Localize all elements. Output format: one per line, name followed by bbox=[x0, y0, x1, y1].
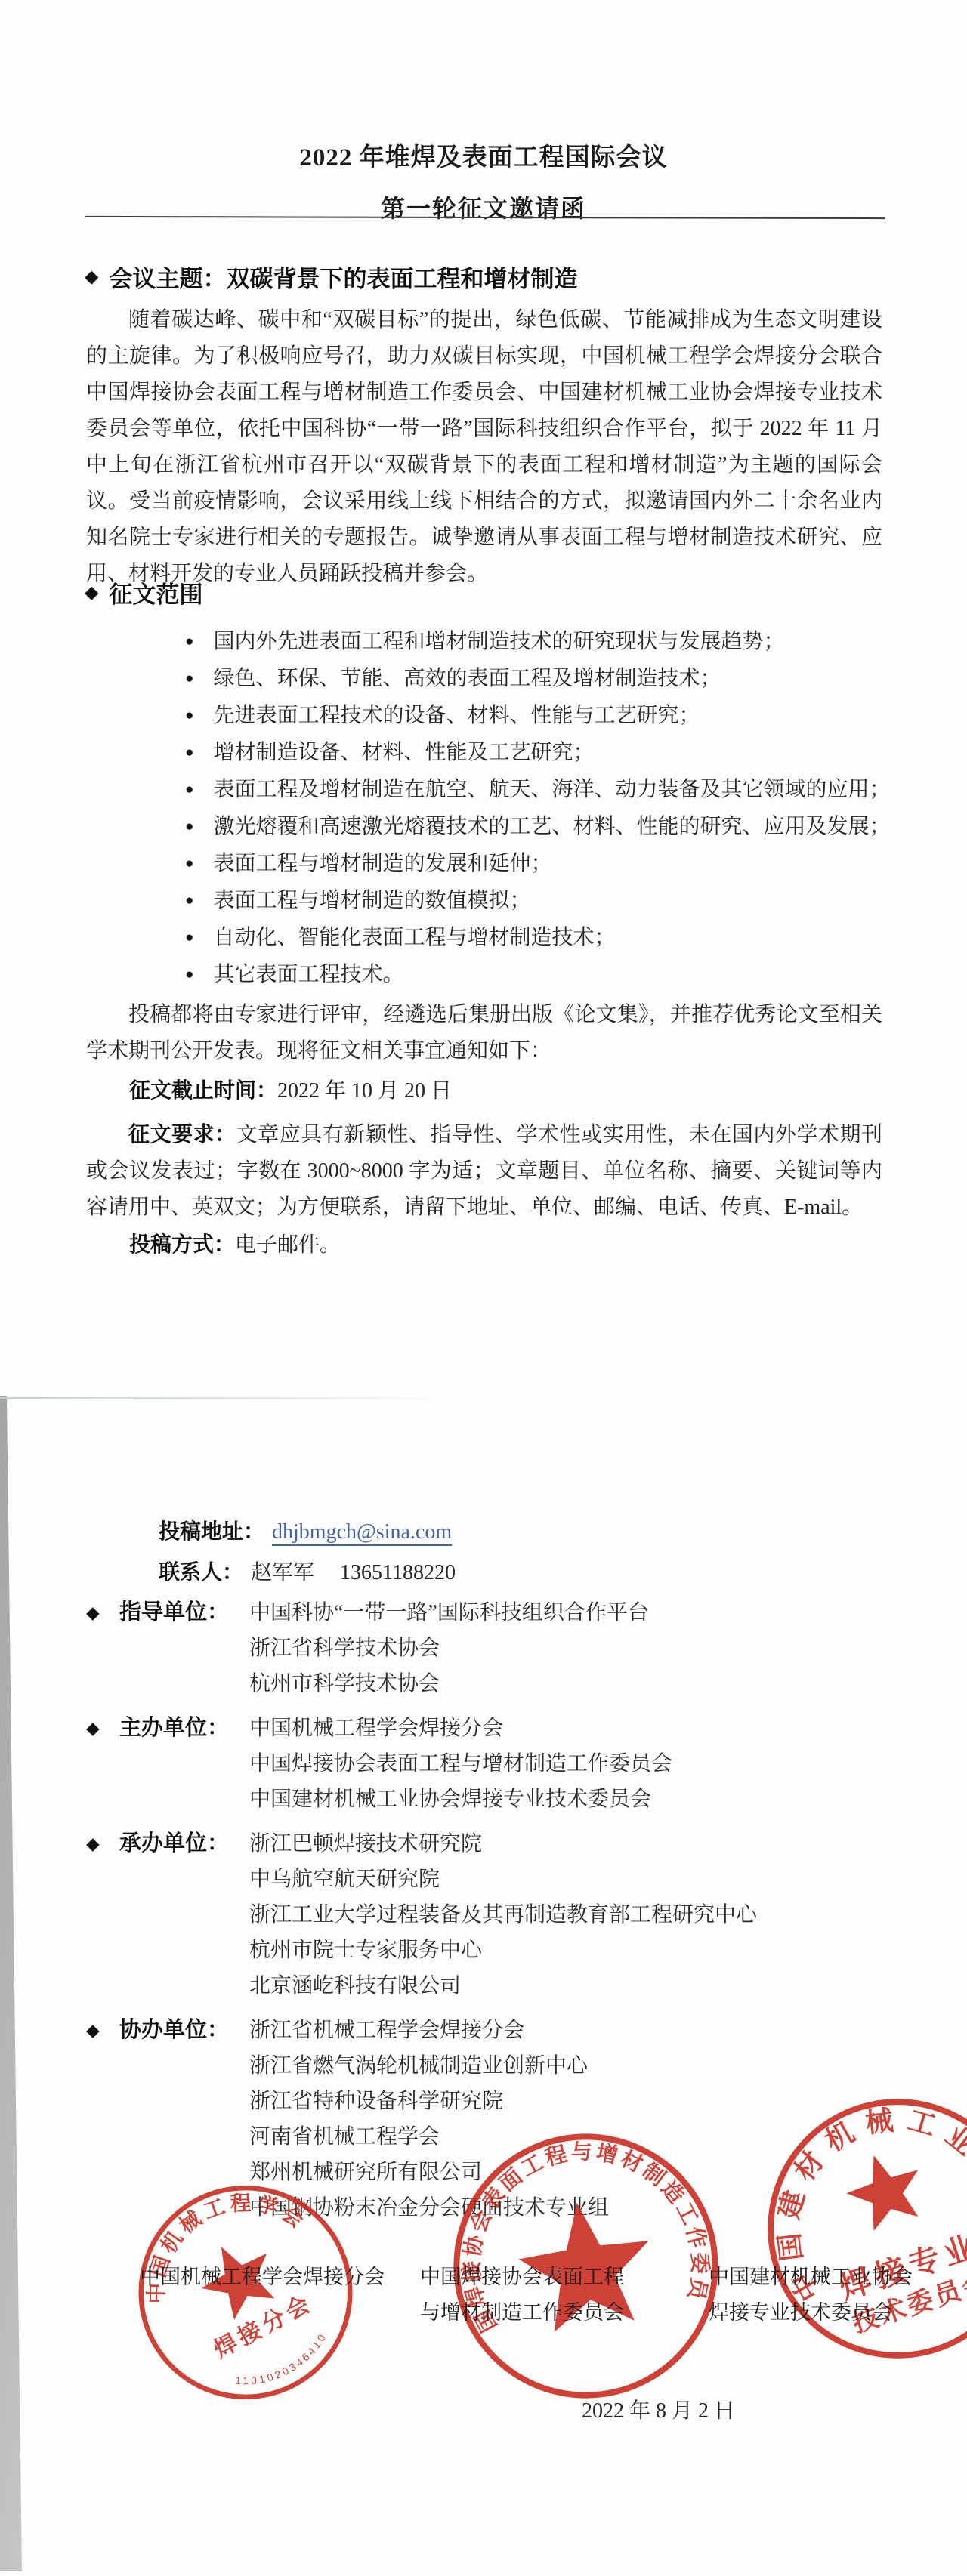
scan-edge-shadow bbox=[0, 1396, 26, 2571]
list-item-text: 其它表面工程技术。 bbox=[213, 964, 403, 986]
list-item: ●增材制造设备、材料、性能及工艺研究； bbox=[185, 742, 880, 764]
requirements-label: 征文要求： bbox=[128, 1122, 236, 1146]
unit-section-label: 指导单位： bbox=[119, 1595, 249, 1630]
signature-org-line: 中国建材机械工业协会 bbox=[709, 2260, 913, 2295]
bullet-icon: ● bbox=[185, 927, 193, 949]
list-item: ●表面工程及增材制造在航空、航天、海洋、动力装备及其它领域的应用； bbox=[185, 779, 880, 801]
list-item: ●表面工程与增材制造的数值模拟； bbox=[185, 890, 880, 912]
bullet-icon: ● bbox=[185, 816, 193, 838]
list-item: ●激光熔覆和高速激光熔覆技术的工艺、材料、性能的研究、应用及发展； bbox=[185, 816, 880, 838]
list-item-text: 表面工程与增材制造的数值模拟； bbox=[213, 890, 530, 912]
unit-name: 浙江巴顿焊接技术研究院 bbox=[249, 1826, 482, 1862]
deadline-value: 2022 年 10 月 20 日 bbox=[277, 1079, 452, 1103]
document-title: 2022 年堆焊及表面工程国际会议 bbox=[0, 137, 967, 173]
bullet-icon: ● bbox=[185, 668, 193, 690]
contact-line: 联系人：赵军军13651188220 bbox=[159, 1557, 839, 1588]
list-item-text: 自动化、智能化表面工程与增材制造技术； bbox=[213, 927, 615, 949]
list-item: ●绿色、环保、节能、高效的表面工程及增材制造技术； bbox=[185, 668, 880, 690]
deadline-label: 征文截止时间： bbox=[129, 1078, 277, 1102]
review-paragraph: 投稿都将由专家进行评审，经遴选后集册出版《论文集》，并推荐优秀论文至相关学术期刊… bbox=[86, 997, 882, 1069]
signature-org-line: 与增材制造工作委员会 bbox=[420, 2295, 624, 2331]
list-item: ●表面工程与增材制造的发展和延伸； bbox=[185, 853, 880, 875]
list-item: ●自动化、智能化表面工程与增材制造技术； bbox=[185, 927, 880, 949]
contact-phone: 13651188220 bbox=[340, 1561, 456, 1584]
list-item-text: 绿色、环保、节能、高效的表面工程及增材制造技术； bbox=[213, 668, 721, 690]
diamond-bullet-icon: ◆ bbox=[86, 2013, 119, 2048]
diamond-bullet-icon: ◆ bbox=[86, 1711, 119, 1746]
unit-name: 浙江省特种设备科学研究院 bbox=[249, 2084, 894, 2119]
section-scope: ◆ 征文范围 bbox=[85, 575, 885, 609]
bullet-icon: ● bbox=[185, 890, 193, 912]
submission-address-line: 投稿地址：dhjbmgch@sina.com bbox=[159, 1516, 839, 1547]
unit-name: 北京涵屹科技有限公司 bbox=[249, 1968, 894, 2004]
contact-label: 联系人： bbox=[159, 1560, 243, 1584]
stamp-inner-text: 焊接分会 bbox=[209, 2290, 317, 2364]
signature-org: 中国机械工程学会焊接分会 bbox=[140, 2260, 385, 2295]
unit-name: 杭州市院士专家服务中心 bbox=[249, 1933, 894, 1968]
diamond-bullet-icon: ◆ bbox=[86, 1826, 119, 1862]
signature-org-line: 焊接专业技术委员会 bbox=[709, 2295, 913, 2331]
unit-name: 中国机械工程学会焊接分会 bbox=[249, 1711, 503, 1746]
bullet-icon: ● bbox=[185, 853, 193, 875]
method-value: 电子邮件。 bbox=[235, 1233, 341, 1257]
bullet-icon: ● bbox=[185, 705, 193, 727]
star-icon bbox=[838, 2144, 932, 2235]
signature-org-line: 中国焊接协会表面工程 bbox=[420, 2260, 624, 2295]
deadline-line: 征文截止时间：2022 年 10 月 20 日 bbox=[86, 1075, 925, 1106]
unit-name: 浙江省科学技术协会 bbox=[249, 1630, 894, 1666]
bullet-icon: ● bbox=[185, 964, 193, 986]
diamond-bullet-icon: ◆ bbox=[86, 1595, 119, 1630]
intro-paragraph: 随着碳达峰、碳中和“双碳目标”的提出，绿色低碳、节能减排成为生态文明建设的主旋律… bbox=[86, 302, 882, 592]
unit-name: 中乌航空航天研究院 bbox=[249, 1862, 894, 1897]
scan-page-boundary bbox=[0, 1397, 442, 1399]
unit-name: 中国焊接协会表面工程与增材制造工作委员会 bbox=[249, 1746, 894, 1782]
section-theme: ◆ 会议主题：双碳背景下的表面工程和增材制造 bbox=[85, 260, 885, 294]
unit-name: 浙江工业大学过程装备及其再制造教育部工程研究中心 bbox=[249, 1897, 894, 1933]
contact-name: 赵军军 bbox=[251, 1561, 314, 1584]
list-item-text: 国内外先进表面工程和增材制造技术的研究现状与发展趋势； bbox=[213, 631, 784, 652]
unit-section-label: 主办单位： bbox=[119, 1711, 249, 1746]
requirements-paragraph: 征文要求：文章应具有新颖性、指导性、学术性或实用性，未在国内外学术期刊或会议发表… bbox=[86, 1116, 882, 1226]
diamond-bullet-icon: ◆ bbox=[85, 266, 98, 288]
document-date: 2022 年 8 月 2 日 bbox=[582, 2394, 735, 2424]
bullet-icon: ● bbox=[185, 779, 193, 801]
unit-section: ◆承办单位：浙江巴顿焊接技术研究院中乌航空航天研究院浙江工业大学过程装备及其再制… bbox=[86, 1826, 894, 2004]
list-item-text: 先进表面工程技术的设备、材料、性能与工艺研究； bbox=[213, 705, 700, 727]
bullet-icon: ● bbox=[185, 742, 193, 764]
unit-name: 中国科协“一带一路”国际科技组织合作平台 bbox=[249, 1595, 649, 1630]
unit-name: 中国建材机械工业协会焊接专业技术委员会 bbox=[249, 1782, 894, 1817]
list-item-text: 增材制造设备、材料、性能及工艺研究； bbox=[213, 742, 594, 764]
list-item-text: 表面工程与增材制造的发展和延伸； bbox=[213, 853, 551, 875]
unit-section-label: 承办单位： bbox=[119, 1826, 249, 1862]
unit-section-heading: ◆主办单位：中国机械工程学会焊接分会 bbox=[86, 1711, 894, 1746]
list-item: ●其它表面工程技术。 bbox=[185, 964, 880, 986]
unit-section: ◆主办单位：中国机械工程学会焊接分会中国焊接协会表面工程与增材制造工作委员会中国… bbox=[86, 1711, 894, 1817]
unit-name: 杭州市科学技术协会 bbox=[249, 1666, 894, 1701]
diamond-bullet-icon: ◆ bbox=[85, 582, 98, 603]
address-label: 投稿地址： bbox=[159, 1519, 264, 1543]
unit-section-label: 协办单位： bbox=[119, 2013, 249, 2048]
unit-name: 浙江省燃气涡轮机械制造业创新中心 bbox=[249, 2048, 894, 2084]
signature-org: 中国建材机械工业协会焊接专业技术委员会 bbox=[709, 2260, 913, 2331]
list-item-text: 激光熔覆和高速激光熔覆技术的工艺、材料、性能的研究、应用及发展； bbox=[213, 816, 890, 838]
signature-org-line: 中国机械工程学会焊接分会 bbox=[140, 2260, 385, 2295]
unit-section-heading: ◆协办单位：浙江省机械工程学会焊接分会 bbox=[86, 2013, 894, 2048]
theme-heading-text: 会议主题：双碳背景下的表面工程和增材制造 bbox=[109, 260, 577, 294]
unit-section-heading: ◆承办单位：浙江巴顿焊接技术研究院 bbox=[86, 1826, 894, 1862]
submission-email-link[interactable]: dhjbmgch@sina.com bbox=[272, 1520, 452, 1546]
scanned-document: 2022 年堆焊及表面工程国际会议 第一轮征文邀请函 ◆ 会议主题：双碳背景下的… bbox=[0, 0, 967, 2576]
bullet-icon: ● bbox=[185, 631, 193, 652]
method-label: 投稿方式： bbox=[129, 1232, 235, 1256]
unit-name: 浙江省机械工程学会焊接分会 bbox=[249, 2013, 524, 2048]
signature-org: 中国焊接协会表面工程与增材制造工作委员会 bbox=[420, 2260, 624, 2331]
scope-list: ●国内外先进表面工程和增材制造技术的研究现状与发展趋势；●绿色、环保、节能、高效… bbox=[185, 631, 880, 1001]
list-item: ●先进表面工程技术的设备、材料、性能与工艺研究； bbox=[185, 705, 880, 727]
list-item-text: 表面工程及增材制造在航空、航天、海洋、动力装备及其它领域的应用； bbox=[213, 779, 890, 801]
list-item: ●国内外先进表面工程和增材制造技术的研究现状与发展趋势； bbox=[185, 631, 880, 652]
method-line: 投稿方式：电子邮件。 bbox=[86, 1229, 925, 1260]
unit-section: ◆指导单位：中国科协“一带一路”国际科技组织合作平台浙江省科学技术协会杭州市科学… bbox=[86, 1595, 894, 1701]
unit-section-heading: ◆指导单位：中国科协“一带一路”国际科技组织合作平台 bbox=[86, 1595, 894, 1630]
scope-heading-text: 征文范围 bbox=[109, 575, 202, 609]
